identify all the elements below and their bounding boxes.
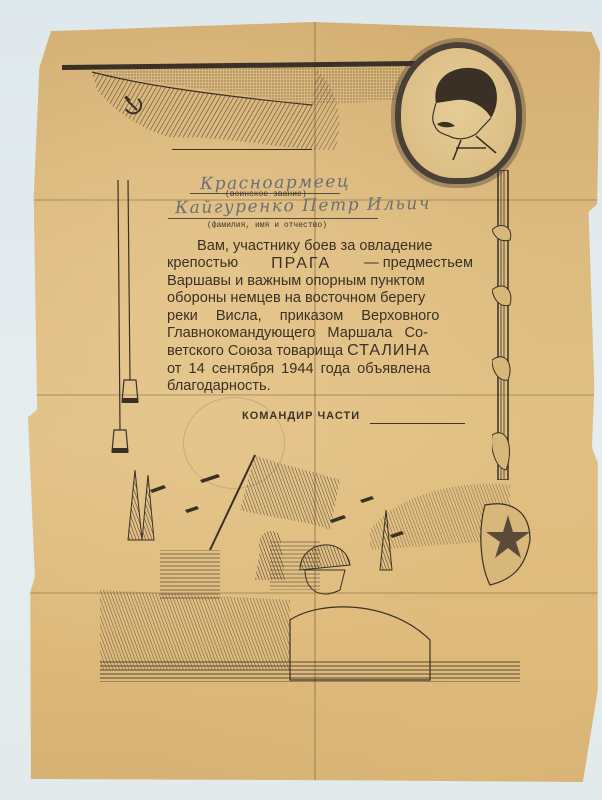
body-line: реки Висла, приказом Верховного (167, 308, 473, 325)
tassel-icon (110, 180, 160, 475)
body-line: Вам, участнику боев за овладение (167, 238, 473, 255)
red-star-icon (481, 504, 530, 585)
signature-line (370, 423, 465, 424)
signature-label: КОМАНДИР ЧАСТИ (242, 410, 360, 422)
city-name: ПРАГА (271, 255, 331, 272)
battle-scene-illustration (90, 440, 535, 690)
name-caption: (фамилия, имя и отчество) (207, 221, 327, 230)
body-line: ветского Союза товарища СТАЛИНА (167, 342, 473, 360)
body-line: обороны немцев на восточном берегу (167, 290, 473, 307)
body-line: Главнокомандующего Маршала Со- (167, 325, 473, 342)
body-line: благодарность. (167, 378, 473, 395)
name-underline (168, 218, 378, 219)
portrait-medallion (395, 42, 522, 184)
leader-name: СТАЛИНА (347, 342, 430, 359)
commendation-text: Вам, участнику боев за овладение крепост… (167, 238, 473, 396)
portrait-illustration (401, 48, 516, 178)
body-line: Варшавы и важным опорным пунктом (167, 273, 473, 290)
body-line: крепостью ПРАГА — предместьем (167, 255, 473, 272)
body-line: от 14 сентября 1944 года объявлена (167, 361, 473, 378)
ribbon-pole-illustration (492, 170, 514, 480)
